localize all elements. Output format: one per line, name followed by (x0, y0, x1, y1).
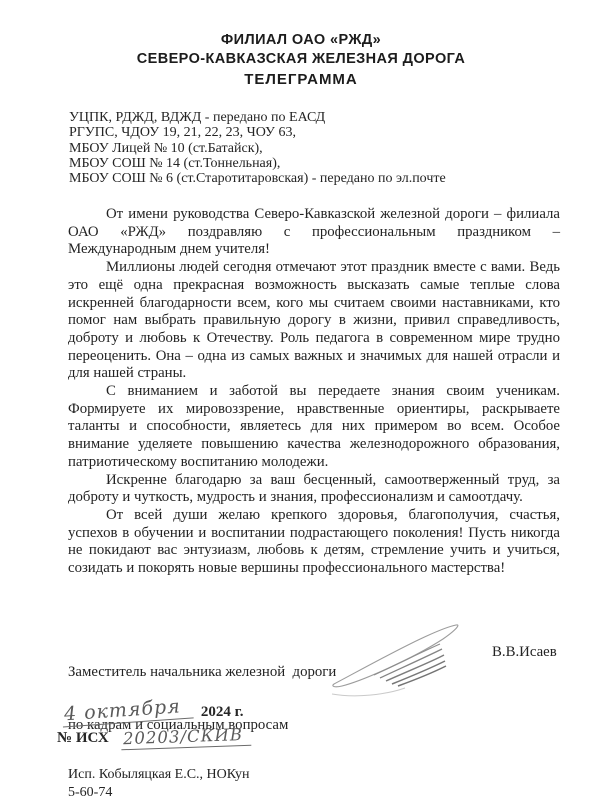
recipient-line: МБОУ СОШ № 6 (ст.Старотитаровская) - пер… (69, 171, 569, 186)
document-type-title: ТЕЛЕГРАММА (0, 70, 602, 90)
recipient-line: МБОУ СОШ № 14 (ст.Тоннельная), (69, 156, 569, 171)
executor-footer: Исп. Кобыляцкая Е.С., НОКун 5-60-74 (68, 766, 250, 800)
year-label: 2024 г. (201, 704, 244, 720)
body-paragraph: От всей души желаю крепкого здоровья, бл… (68, 507, 560, 578)
executor-phone: 5-60-74 (68, 784, 250, 800)
handwritten-number: 20203/СКИВ (120, 725, 251, 751)
body-paragraph: Миллионы людей сегодня отмечают этот пра… (68, 259, 560, 383)
handwritten-date: 4 октября (61, 694, 193, 727)
recipient-line: УЦПК, РДЖД, ВДЖД - передано по ЕАСД (69, 110, 569, 125)
org-division: СЕВЕРО-КАВКАЗСКАЯ ЖЕЛЕЗНАЯ ДОРОГА (0, 50, 602, 69)
recipient-line: РГУПС, ЧДОУ 19, 21, 22, 23, ЧОУ 63, (69, 125, 569, 140)
letter-body: От имени руководства Северо-Кавказской ж… (68, 206, 560, 578)
body-paragraph: От имени руководства Северо-Кавказской ж… (68, 206, 560, 259)
recipient-line: МБОУ Лицей № 10 (ст.Батайск), (69, 141, 569, 156)
outgoing-number-line: № ИСХ20203/СКИВ (57, 727, 251, 748)
org-name: ФИЛИАЛ ОАО «РЖД» (0, 31, 602, 50)
executor-name: Исп. Кобыляцкая Е.С., НОКун (68, 766, 250, 784)
telegram-document: ФИЛИАЛ ОАО «РЖД» СЕВЕРО-КАВКАЗСКАЯ ЖЕЛЕЗ… (0, 0, 602, 800)
signature-autograph (330, 618, 465, 698)
outgoing-number-label: № ИСХ (57, 730, 109, 746)
body-paragraph: Искренне благодарю за ваш бесценный, сам… (68, 472, 560, 507)
body-paragraph: С вниманием и заботой вы передаете знани… (68, 383, 560, 472)
signer-position-line1: Заместитель начальника железной дороги (68, 664, 336, 682)
document-header: ФИЛИАЛ ОАО «РЖД» СЕВЕРО-КАВКАЗСКАЯ ЖЕЛЕЗ… (0, 31, 602, 90)
recipients-block: УЦПК, РДЖД, ВДЖД - передано по ЕАСД РГУП… (69, 110, 569, 186)
date-line: 4 октября2024 г. (62, 699, 243, 723)
signer-name: В.В.Исаев (492, 644, 557, 661)
